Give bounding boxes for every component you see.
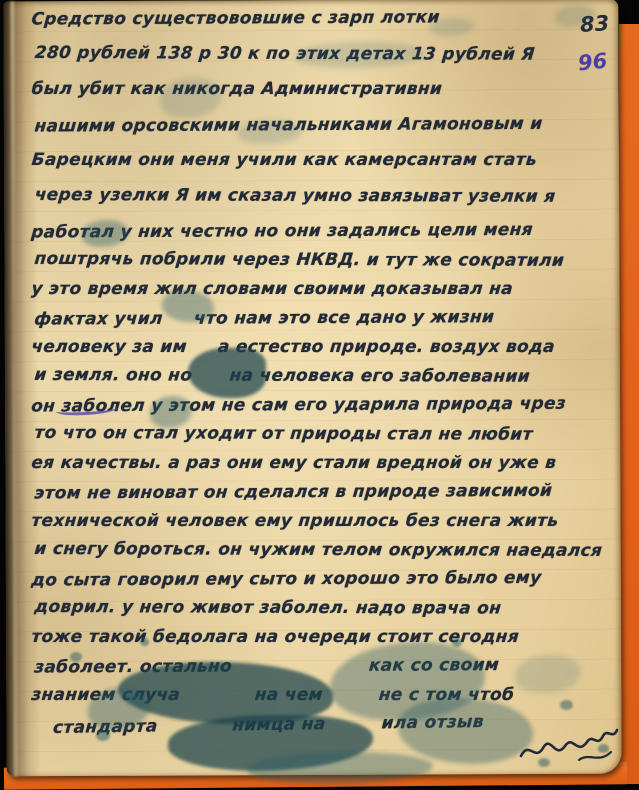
manuscript-line: через узелки Я им сказал умно завязыват …: [32, 184, 624, 222]
ink-stain: [188, 348, 266, 398]
handwritten-text: Средство существововшие с зарп лотки 280…: [31, 8, 623, 743]
manuscript-line: и снегу бороться. он чужим телом окружил…: [33, 539, 624, 570]
ink-stain: [560, 700, 573, 710]
manuscript-line: поштрячь побрили через НКВД. и тут же со…: [33, 249, 624, 280]
manuscript-line: он заболел у этом не сам его ударила при…: [30, 393, 625, 425]
manuscript-line: фактах учил что нам это все дано у жизни: [33, 306, 625, 338]
manuscript-line: ея качествы. а раз они ему стали вредной…: [30, 453, 625, 482]
manuscript-line: у это время жил словами своими доказывал…: [30, 279, 625, 308]
manuscript-line: до сыта говорил ему сыто и хорошо это бы…: [30, 567, 625, 599]
manuscript-line: этом не виноват он сделался в природе за…: [33, 480, 625, 512]
manuscript-line: нашими орсовскими начальниками Агамоновы…: [32, 113, 624, 152]
manuscript-line: и земля. оно но на человека его заболева…: [33, 365, 624, 396]
manuscript-line: Средство существововшие с зарп лотки: [29, 6, 624, 45]
ink-stain: [452, 638, 462, 647]
page-number-secondary: 96: [577, 49, 609, 76]
ink-stain: [96, 730, 110, 741]
ink-flourish: [519, 722, 619, 768]
ink-stain: [140, 638, 149, 646]
manuscript-page: 83 96 Средство существововшие с зарп лот…: [0, 0, 639, 790]
manuscript-line: Барецким они меня учили как камерсантам …: [29, 150, 624, 186]
manuscript-line: доврил. у него живот заболел. надо врача…: [33, 597, 624, 628]
manuscript-line: технической человек ему пришлось без сне…: [30, 511, 625, 540]
manuscript-line: был убит как никогда Административни: [29, 79, 624, 115]
manuscript-line: тоже такой бедолага на очереди стоит сег…: [30, 627, 625, 656]
manuscript-line: человеку за им а естество природе. возду…: [30, 337, 625, 366]
ink-stain: [70, 652, 82, 662]
manuscript-line: то что он стал уходит от природы стал не…: [33, 423, 624, 454]
